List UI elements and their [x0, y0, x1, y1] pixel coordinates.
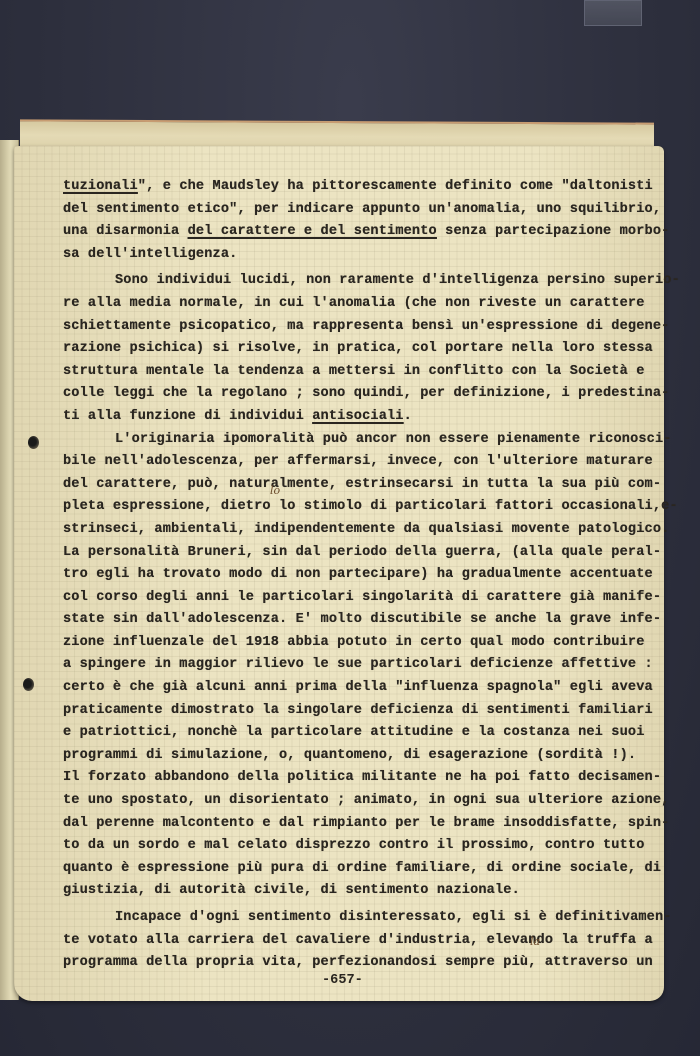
- text-segment: L'originaria ipomoralità può ancor non e…: [115, 432, 672, 447]
- underlined-text: del carattere e del sentimento: [188, 224, 437, 239]
- text-line: razione psichica) si risolve, in pratica…: [63, 338, 663, 361]
- text-line: e patriottici, nonchè la particolare att…: [63, 722, 663, 745]
- document-body: tuzionali", e che Maudsley ha pittoresca…: [63, 176, 663, 975]
- text-line: del carattere, può, naturalmente, estrin…: [63, 474, 663, 497]
- text-line: state sin dall'adolescenza. E' molto dis…: [63, 609, 663, 632]
- text-segment: sa dell'intelligenza.: [63, 247, 237, 262]
- text-segment: senza partecipazione morbo-: [437, 224, 670, 239]
- text-segment: strinseci, ambientali, indipendentemente…: [63, 522, 669, 537]
- text-line: giustizia, di autorità civile, di sentim…: [63, 880, 663, 903]
- handwritten-annotation: lo: [270, 484, 280, 497]
- text-segment: del carattere, può, naturalmente, estrin…: [63, 477, 661, 492]
- text-line: programma della propria vita, perfeziona…: [63, 952, 663, 975]
- text-line: te votato alla carriera del cavaliere d'…: [63, 930, 663, 953]
- text-segment: praticamente dimostrato la singolare def…: [63, 703, 653, 718]
- text-segment: col corso degli anni le particolari sing…: [63, 590, 661, 605]
- text-segment: ti alla funzione di individui: [63, 409, 312, 424]
- text-line: Sono individui lucidi, non raramente d'i…: [63, 270, 663, 293]
- text-segment: Il forzato abbandono della politica mili…: [63, 770, 661, 785]
- text-segment: Incapace d'ogni sentimento disinteressat…: [115, 910, 672, 925]
- text-segment: programmi di simulazione, o, quantomeno,…: [63, 748, 636, 763]
- text-line: struttura mentale la tendenza a mettersi…: [63, 361, 663, 384]
- text-line: schiettamente psicopatico, ma rappresent…: [63, 316, 663, 339]
- underlined-text: antisociali: [312, 409, 403, 424]
- text-line: tro egli ha trovato modo di non partecip…: [63, 564, 663, 587]
- text-line: del sentimento etico", per indicare appu…: [63, 199, 663, 222]
- text-line: re alla media normale, in cui l'anomalia…: [63, 293, 663, 316]
- text-line: strinseci, ambientali, indipendentemente…: [63, 519, 663, 542]
- text-line: colle leggi che la regolano ; sono quind…: [63, 383, 663, 406]
- text-line: sa dell'intelligenza.: [63, 244, 663, 267]
- text-segment: re alla media normale, in cui l'anomalia…: [63, 296, 645, 311]
- text-line: quanto è espressione più pura di ordine …: [63, 858, 663, 881]
- text-segment: Sono individui lucidi, non raramente d'i…: [115, 273, 680, 288]
- text-segment: una disarmonia: [63, 224, 188, 239]
- text-line: bile nell'adolescenza, per affermarsi, i…: [63, 451, 663, 474]
- text-line: Incapace d'ogni sentimento disinteressat…: [63, 907, 663, 930]
- text-segment: tro egli ha trovato modo di non partecip…: [63, 567, 653, 582]
- text-line: te uno spostato, un disorientato ; anima…: [63, 790, 663, 813]
- text-segment: te uno spostato, un disorientato ; anima…: [63, 793, 669, 808]
- text-line: zione influenzale del 1918 abbia potuto …: [63, 632, 663, 655]
- text-line: una disarmonia del carattere e del senti…: [63, 221, 663, 244]
- punch-hole: [28, 436, 39, 449]
- text-segment: quanto è espressione più pura di ordine …: [63, 861, 661, 876]
- handwritten-annotation: la: [530, 935, 540, 948]
- text-line: dal perenne malcontento e dal rimpianto …: [63, 813, 663, 836]
- text-segment: .: [404, 409, 412, 424]
- text-segment: schiettamente psicopatico, ma rappresent…: [63, 319, 669, 334]
- punch-hole: [23, 678, 34, 691]
- page-number: -657-: [322, 973, 363, 988]
- text-line: La personalità Bruneri, sin dal periodo …: [63, 542, 663, 565]
- text-line: col corso degli anni le particolari sing…: [63, 587, 663, 610]
- text-line: L'originaria ipomoralità può ancor non e…: [63, 429, 663, 452]
- text-segment: state sin dall'adolescenza. E' molto dis…: [63, 612, 661, 627]
- text-segment: razione psichica) si risolve, in pratica…: [63, 341, 653, 356]
- text-line: a spingere in maggior rilievo le sue par…: [63, 654, 663, 677]
- text-line: Il forzato abbandono della politica mili…: [63, 767, 663, 790]
- text-line: to da un sordo e mal celato disprezzo co…: [63, 835, 663, 858]
- text-segment: dal perenne malcontento e dal rimpianto …: [63, 816, 669, 831]
- text-segment: ", e che Maudsley ha pittorescamente def…: [138, 179, 653, 194]
- text-line: programmi di simulazione, o, quantomeno,…: [63, 745, 663, 768]
- text-line: ti alla funzione di individui antisocial…: [63, 406, 663, 429]
- text-segment: a spingere in maggior rilievo le sue par…: [63, 657, 653, 672]
- text-segment: colle leggi che la regolano ; sono quind…: [63, 386, 669, 401]
- text-segment: programma della propria vita, perfeziona…: [63, 955, 653, 970]
- text-line: pleta espressione, dietro lo stimolo di …: [63, 496, 663, 519]
- text-segment: pleta espressione, dietro lo stimolo di …: [63, 499, 678, 514]
- text-line: certo è che già alcuni anni prima della …: [63, 677, 663, 700]
- text-line: praticamente dimostrato la singolare def…: [63, 700, 663, 723]
- text-segment: giustizia, di autorità civile, di sentim…: [63, 883, 520, 898]
- text-line: tuzionali", e che Maudsley ha pittoresca…: [63, 176, 663, 199]
- text-segment: certo è che già alcuni anni prima della …: [63, 680, 653, 695]
- tape-label: [584, 0, 642, 26]
- text-segment: del sentimento etico", per indicare appu…: [63, 202, 661, 217]
- text-segment: te votato alla carriera del cavaliere d'…: [63, 933, 653, 948]
- underlined-text: tuzionali: [63, 179, 138, 194]
- text-segment: struttura mentale la tendenza a mettersi…: [63, 364, 645, 379]
- text-segment: e patriottici, nonchè la particolare att…: [63, 725, 645, 740]
- text-segment: to da un sordo e mal celato disprezzo co…: [63, 838, 645, 853]
- text-segment: bile nell'adolescenza, per affermarsi, i…: [63, 454, 653, 469]
- text-segment: La personalità Bruneri, sin dal periodo …: [63, 545, 661, 560]
- text-segment: zione influenzale del 1918 abbia potuto …: [63, 635, 645, 650]
